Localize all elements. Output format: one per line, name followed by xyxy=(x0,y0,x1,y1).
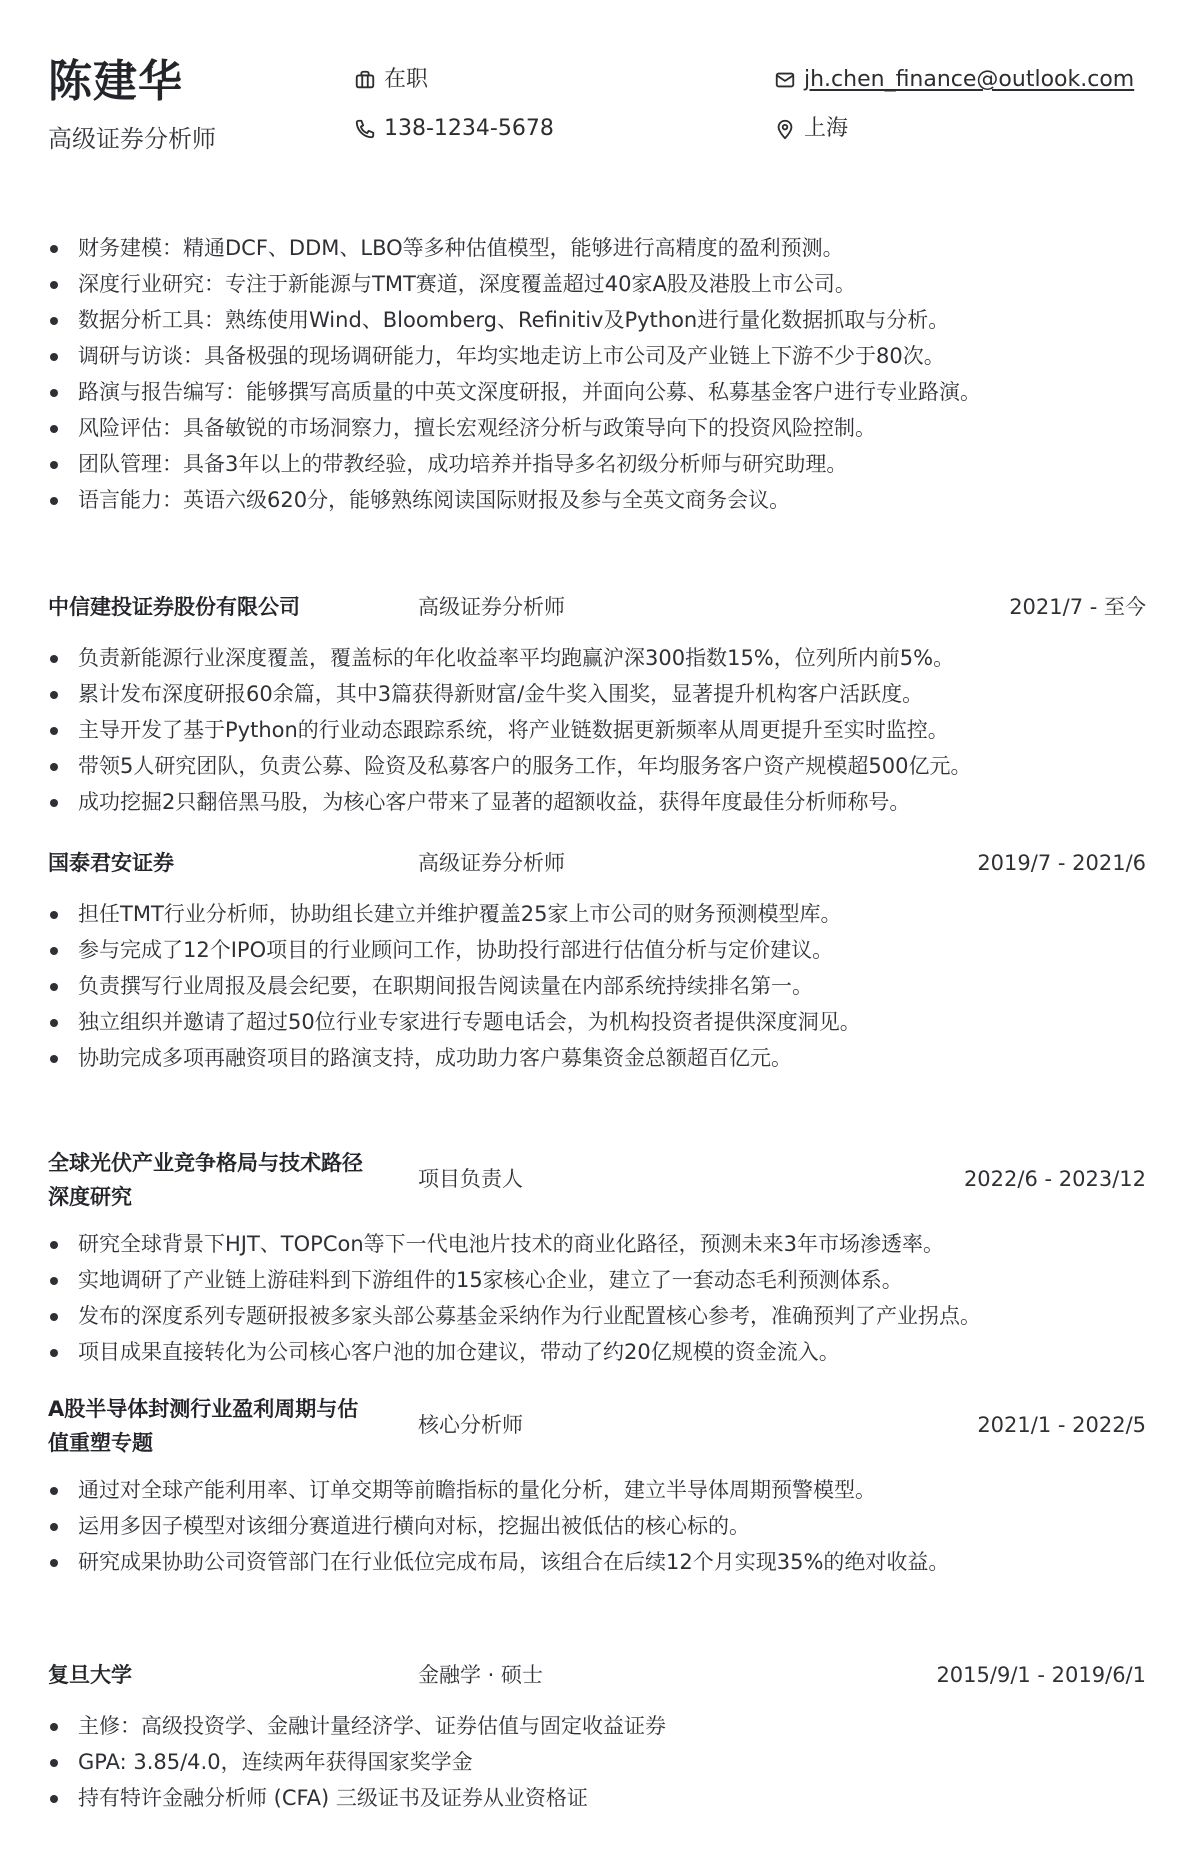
status-text: 在职 xyxy=(384,65,428,95)
skills-list: 财务建模：精通DCF、DDM、LBO等多种估值模型，能够进行高精度的盈利预测。 … xyxy=(48,230,1146,518)
experience-bullets: 担任TMT行业分析师，协助组长建立并维护覆盖25家上市公司的财务预测模型库。 参… xyxy=(48,896,1146,1076)
experience-bullets: 负责新能源行业深度覆盖，覆盖标的年化收益率平均跑赢沪深300指数15%，位列所内… xyxy=(48,640,1146,820)
email-contact: jh.chen_finance@outlook.com xyxy=(774,65,1134,95)
job-date: 2019/7 - 2021/6 xyxy=(977,846,1146,880)
project-entry: A股半导体封测行业盈利周期与估 值重塑专题 核心分析师 2021/1 - 202… xyxy=(48,1392,1146,1580)
experience-header: 中信建投证券股份有限公司 高级证券分析师 2021/7 - 至今 xyxy=(48,590,1146,626)
experience-header: 国泰君安证券 高级证券分析师 2019/7 - 2021/6 xyxy=(48,846,1146,882)
list-item: 通过对全球产能利用率、订单交期等前瞻指标的量化分析，建立半导体周期预警模型。 xyxy=(48,1472,1146,1508)
project-title-line: 深度研究 xyxy=(48,1180,398,1214)
list-item: 研究全球背景下HJT、TOPCon等下一代电池片技术的商业化路径，预测未来3年市… xyxy=(48,1226,1146,1262)
list-item: 运用多因子模型对该细分赛道进行横向对标，挖掘出被低估的核心标的。 xyxy=(48,1508,1146,1544)
project-header: A股半导体封测行业盈利周期与估 值重塑专题 核心分析师 2021/1 - 202… xyxy=(48,1392,1146,1458)
skill-item: 路演与报告编写：能够撰写高质量的中英文深度研报，并面向公募、私募基金客户进行专业… xyxy=(48,374,1146,410)
location-text: 上海 xyxy=(804,114,848,144)
phone-contact: 138-1234-5678 xyxy=(354,114,554,144)
education-bullets: 主修：高级投资学、金融计量经济学、证券估值与固定收益证券 GPA: 3.85/4… xyxy=(48,1708,1146,1816)
project-bullets: 研究全球背景下HJT、TOPCon等下一代电池片技术的商业化路径，预测未来3年市… xyxy=(48,1226,1146,1370)
employment-status: 在职 xyxy=(354,65,428,95)
skill-item: 风险评估：具备敏锐的市场洞察力，擅长宏观经济分析与政策导向下的投资风险控制。 xyxy=(48,410,1146,446)
skill-item: 深度行业研究：专注于新能源与TMT赛道，深度覆盖超过40家A股及港股上市公司。 xyxy=(48,266,1146,302)
skill-item: 调研与访谈：具备极强的现场调研能力，年均实地走访上市公司及产业链上下游不少于80… xyxy=(48,338,1146,374)
project-title: 全球光伏产业竞争格局与技术路径 深度研究 xyxy=(48,1146,398,1214)
education-header: 复旦大学 金融学 · 硕士 2015/9/1 - 2019/6/1 xyxy=(48,1658,1146,1694)
list-item: 协助完成多项再融资项目的路演支持，成功助力客户募集资金总额超百亿元。 xyxy=(48,1040,1146,1076)
map-pin-icon xyxy=(774,118,796,140)
list-item: 累计发布深度研报60余篇，其中3篇获得新财富/金牛奖入围奖，显著提升机构客户活跃… xyxy=(48,676,1146,712)
project-header: 全球光伏产业竞争格局与技术路径 深度研究 项目负责人 2022/6 - 2023… xyxy=(48,1146,1146,1212)
briefcase-icon xyxy=(354,69,376,91)
list-item: 独立组织并邀请了超过50位行业专家进行专题电话会，为机构投资者提供深度洞见。 xyxy=(48,1004,1146,1040)
company-name: 中信建投证券股份有限公司 xyxy=(48,590,398,624)
list-item: 实地调研了产业链上游硅料到下游组件的15家核心企业，建立了一套动态毛利预测体系。 xyxy=(48,1262,1146,1298)
list-item: 负责撰写行业周报及晨会纪要，在职期间报告阅读量在内部系统持续排名第一。 xyxy=(48,968,1146,1004)
job-role: 高级证券分析师 xyxy=(418,590,565,624)
list-item: GPA: 3.85/4.0，连续两年获得国家奖学金 xyxy=(48,1744,1146,1780)
job-role: 高级证券分析师 xyxy=(418,846,565,880)
education-entry: 复旦大学 金融学 · 硕士 2015/9/1 - 2019/6/1 主修：高级投… xyxy=(48,1658,1146,1816)
list-item: 成功挖掘2只翻倍黑马股，为核心客户带来了显著的超额收益，获得年度最佳分析师称号。 xyxy=(48,784,1146,820)
list-item: 项目成果直接转化为公司核心客户池的加仓建议，带动了约20亿规模的资金流入。 xyxy=(48,1334,1146,1370)
project-title: A股半导体封测行业盈利周期与估 值重塑专题 xyxy=(48,1392,398,1460)
list-item: 担任TMT行业分析师，协助组长建立并维护覆盖25家上市公司的财务预测模型库。 xyxy=(48,896,1146,932)
project-role: 项目负责人 xyxy=(418,1162,523,1196)
skill-item: 语言能力：英语六级620分，能够熟练阅读国际财报及参与全英文商务会议。 xyxy=(48,482,1146,518)
experience-entry: 中信建投证券股份有限公司 高级证券分析师 2021/7 - 至今 负责新能源行业… xyxy=(48,590,1146,820)
list-item: 持有特许金融分析师 (CFA) 三级证书及证券从业资格证 xyxy=(48,1780,1146,1816)
project-role: 核心分析师 xyxy=(418,1408,523,1442)
degree: 金融学 · 硕士 xyxy=(418,1658,543,1692)
candidate-headline: 高级证券分析师 xyxy=(48,122,216,156)
skill-item: 团队管理：具备3年以上的带教经验，成功培养并指导多名初级分析师与研究助理。 xyxy=(48,446,1146,482)
list-item: 主导开发了基于Python的行业动态跟踪系统，将产业链数据更新频率从周更提升至实… xyxy=(48,712,1146,748)
list-item: 发布的深度系列专题研报被多家头部公募基金采纳作为行业配置核心参考，准确预判了产业… xyxy=(48,1298,1146,1334)
project-bullets: 通过对全球产能利用率、订单交期等前瞻指标的量化分析，建立半导体周期预警模型。 运… xyxy=(48,1472,1146,1580)
location-contact: 上海 xyxy=(774,114,848,144)
project-title-line: 值重塑专题 xyxy=(48,1426,398,1460)
job-date: 2021/7 - 至今 xyxy=(1009,590,1146,624)
mail-icon xyxy=(774,69,796,91)
project-title-line: 全球光伏产业竞争格局与技术路径 xyxy=(48,1146,398,1180)
experience-entry: 国泰君安证券 高级证券分析师 2019/7 - 2021/6 担任TMT行业分析… xyxy=(48,846,1146,1076)
school-name: 复旦大学 xyxy=(48,1658,398,1692)
phone-icon xyxy=(354,118,376,140)
list-item: 带领5人研究团队，负责公募、险资及私募客户的服务工作，年均服务客户资产规模超50… xyxy=(48,748,1146,784)
skill-item: 数据分析工具：熟练使用Wind、Bloomberg、Refinitiv及Pyth… xyxy=(48,302,1146,338)
skill-item: 财务建模：精通DCF、DDM、LBO等多种估值模型，能够进行高精度的盈利预测。 xyxy=(48,230,1146,266)
resume-header: 陈建华 高级证券分析师 在职 138-1234-5678 jh.chen_fin… xyxy=(48,52,1146,162)
list-item: 参与完成了12个IPO项目的行业顾问工作，协助投行部进行估值分析与定价建议。 xyxy=(48,932,1146,968)
project-title-line: A股半导体封测行业盈利周期与估 xyxy=(48,1392,398,1426)
project-date: 2022/6 - 2023/12 xyxy=(964,1162,1146,1196)
email-link[interactable]: jh.chen_finance@outlook.com xyxy=(804,65,1134,95)
project-date: 2021/1 - 2022/5 xyxy=(977,1408,1146,1442)
list-item: 研究成果协助公司资管部门在行业低位完成布局，该组合在后续12个月实现35%的绝对… xyxy=(48,1544,1146,1580)
project-entry: 全球光伏产业竞争格局与技术路径 深度研究 项目负责人 2022/6 - 2023… xyxy=(48,1146,1146,1370)
list-item: 负责新能源行业深度覆盖，覆盖标的年化收益率平均跑赢沪深300指数15%，位列所内… xyxy=(48,640,1146,676)
list-item: 主修：高级投资学、金融计量经济学、证券估值与固定收益证券 xyxy=(48,1708,1146,1744)
candidate-name: 陈建华 xyxy=(48,52,183,112)
phone-text: 138-1234-5678 xyxy=(384,114,554,144)
company-name: 国泰君安证券 xyxy=(48,846,398,880)
education-date: 2015/9/1 - 2019/6/1 xyxy=(936,1658,1146,1692)
